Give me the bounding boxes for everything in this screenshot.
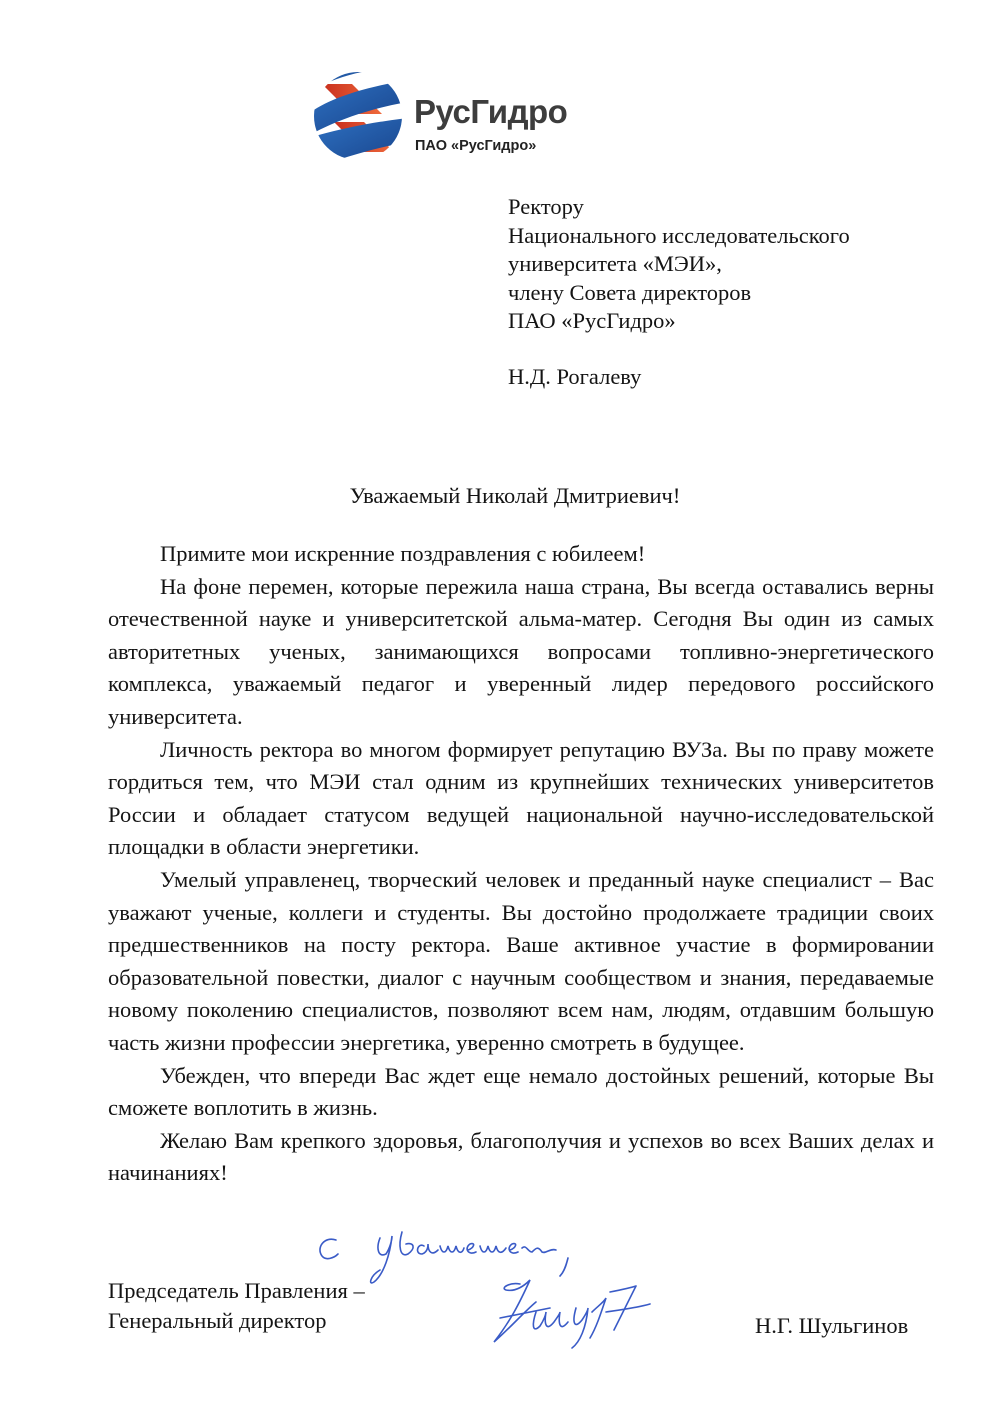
paragraph: Примите мои искренние поздравления с юби… — [108, 538, 934, 571]
brand-name: РусГидро — [414, 92, 567, 132]
addressee-line: члену Совета директоров — [508, 279, 850, 308]
addressee-name: Н.Д. Рогалеву — [508, 363, 850, 392]
rushydro-sphere-logo-icon — [312, 66, 404, 166]
company-line: ПАО «РусГидро» — [415, 137, 536, 155]
paragraph: Убежден, что впереди Вас ждет еще немало… — [108, 1060, 934, 1125]
paragraph: Личность ректора во многом формирует реп… — [108, 734, 934, 864]
letter-body: Примите мои искренние поздравления с юби… — [108, 538, 934, 1190]
addressee-line: университета «МЭИ», — [508, 250, 850, 279]
signatory-title: Председатель Правления – Генеральный дир… — [108, 1276, 365, 1336]
paragraph: На фоне перемен, которые пережила наша с… — [108, 571, 934, 734]
paragraph: Желаю Вам крепкого здоровья, благополучи… — [108, 1125, 934, 1190]
addressee-block: Ректору Национального исследовательского… — [508, 193, 850, 392]
signatory-title-line: Генеральный директор — [108, 1306, 365, 1336]
signatory-title-line: Председатель Правления – — [108, 1276, 365, 1306]
salutation: Уважаемый Николай Дмитриевич! — [0, 481, 1000, 511]
handwritten-signature-icon — [480, 1272, 680, 1352]
addressee-line: Национального исследовательского — [508, 222, 850, 251]
spacer — [508, 336, 850, 363]
paragraph: Умелый управленец, творческий человек и … — [108, 864, 934, 1060]
addressee-line: ПАО «РусГидро» — [508, 307, 850, 336]
addressee-line: Ректору — [508, 193, 850, 222]
signatory-name: Н.Г. Шульгинов — [755, 1311, 908, 1341]
